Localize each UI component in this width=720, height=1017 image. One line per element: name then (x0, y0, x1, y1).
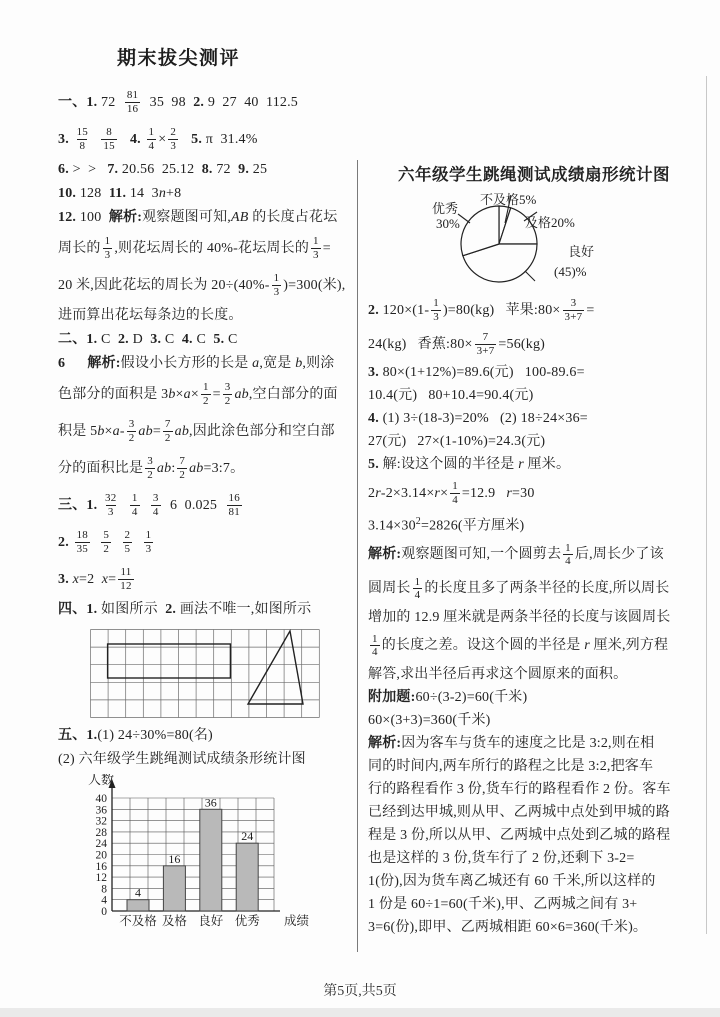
pie-label-fail: 不及格5% (480, 189, 536, 208)
text-line: 10. 128 11. 14 3n+8 (58, 182, 362, 206)
fraction: 13 (144, 529, 154, 555)
y-tick-label: 0 (101, 906, 107, 918)
bar-优秀 (236, 843, 258, 911)
x-axis-title: 成绩 (284, 913, 310, 928)
text-line: 4. (1) 3÷(18-3)=20% (2) 18÷24×36= (368, 407, 700, 430)
text-line: 2r-2×3.14×r×14=12.9 r=30 (368, 476, 700, 510)
fraction: 14 (370, 633, 380, 659)
text-line: 2. 120×(1-13)=80(kg) 苹果:80×33+7= (368, 293, 700, 327)
fraction: 158 (75, 126, 90, 152)
text-line: 3=6(份),即甲、乙两城相距 60×6=360(千米)。 (368, 916, 700, 939)
y-tick-label: 40 (96, 793, 108, 805)
page-title: 期末拔尖测评 (117, 43, 240, 70)
fraction: 8116 (125, 89, 140, 115)
text-line: 解析:因为客车与货车的速度之比是 3:2,则在相 (368, 732, 700, 755)
fraction: 1681 (227, 492, 242, 518)
scan-bottom-edge (0, 1008, 720, 1017)
text-line: 五、1.(1) 24÷30%=80(名) (58, 724, 362, 748)
text-line: 60×(3+3)=360(千米) (368, 709, 700, 732)
text-line: 24(kg) 香蕉:80×73+7=56(kg) (368, 327, 700, 361)
text-line: 分的面积比是32ab:72ab=3:7。 (58, 450, 362, 487)
text-line: 解析:观察题图可知,一个圆剪去14后,周长少了该 (368, 538, 700, 572)
fraction: 323 (103, 492, 118, 518)
text-line: 圆周长14的长度且多了两条半径的长度,所以周长 (368, 572, 700, 606)
fraction: 33+7 (563, 297, 585, 323)
bar-不及格 (127, 900, 149, 911)
text-line: (2) 六年级学生跳绳测试成绩条形统计图 (58, 748, 362, 772)
text-line: 12. 100 解析:观察题图可知,AB 的长度占花坛 (58, 206, 362, 230)
text-line: 增加的 12.9 厘米就是两条半径的长度与该圆周长 (368, 606, 700, 629)
y-tick-label: 36 (96, 804, 108, 816)
fraction: 815 (101, 126, 116, 152)
text-line: 周长的13,则花坛周长的 40%-花坛周长的13= (58, 230, 362, 267)
bar-value-label: 36 (205, 795, 217, 809)
text-line: 解答,求出半径后再求这个圆原来的面积。 (368, 663, 700, 686)
fraction: 73+7 (475, 331, 497, 357)
fraction: 72 (163, 418, 173, 444)
pie-label-pass: 及格20% (525, 212, 575, 231)
bar-chart-svg: 04812162024283236404不及格16及格36良好24优秀人数成绩 (72, 774, 372, 932)
bar-value-label: 4 (135, 886, 141, 900)
fraction: 13 (311, 235, 321, 261)
bar-value-label: 24 (241, 829, 253, 843)
answer-triangle (248, 631, 303, 704)
fraction: 32 (223, 381, 233, 407)
fraction: 13 (103, 235, 113, 261)
left-answer-lines-2: 五、1.(1) 24÷30%=80(名)(2) 六年级学生跳绳测试成绩条形统计图 (58, 724, 362, 772)
fraction: 13 (272, 272, 282, 298)
fraction: 34 (151, 492, 161, 518)
left-answer-lines: 一、1. 72 8116 35 98 2. 9 27 40 112.53. 15… (58, 84, 362, 622)
bar-及格 (163, 866, 185, 911)
y-tick-label: 12 (96, 872, 108, 884)
right-column: 六年级学生跳绳测试成绩扇形统计图 不及格5% 及格20% 良好 (45)% 优秀… (368, 165, 700, 939)
text-line: 27(元) 27×(1-10%)=24.3(元) (368, 430, 700, 453)
text-line: 6 解析:假设小长方形的长是 a,宽是 b,则涂 (58, 352, 362, 376)
text-line: 1 份是 60÷1=60(千米),甲、乙两城之间有 3+ (368, 893, 700, 916)
text-line: 程是 3 份,所以从甲、乙两城中点处到乙城的路程 (368, 824, 700, 847)
text-line: 四、1. 如图所示 2. 画法不唯一,如图所示 (58, 598, 362, 622)
text-line: 1(份),因为货车离乙城还有 60 千米,所以这样的 (368, 870, 700, 893)
text-line: 二、1. C 2. D 3. C 4. C 5. C (58, 328, 362, 352)
text-line: 同的时间内,两车所行的路程之比是 3:2,把客车 (368, 755, 700, 778)
fraction: 1835 (75, 529, 90, 555)
right-answer-lines: 2. 120×(1-13)=80(kg) 苹果:80×33+7=24(kg) 香… (368, 293, 700, 939)
text-line: 14的长度之差。设这个圆的半径是 r 厘米,列方程 (368, 629, 700, 663)
text-line: 3. 80×(1+12%)=89.6(元) 100-89.6= (368, 361, 700, 384)
text-line: 3. 158 815 4. 14×23 5. π 31.4% (58, 121, 362, 158)
y-tick-label: 16 (96, 861, 108, 873)
workbook-answer-page: 期末拔尖测评 一、1. 72 8116 35 98 2. 9 27 40 112… (0, 0, 720, 1017)
x-category-label: 及格 (162, 913, 188, 928)
fraction: 72 (177, 455, 187, 481)
text-line: 行的路程看作 3 份,货车行的路程看作 2 份。客车 (368, 778, 700, 801)
left-column: 一、1. 72 8116 35 98 2. 9 27 40 112.53. 15… (58, 84, 362, 937)
pie-chart-figure: 不及格5% 及格20% 良好 (45)% 优秀 30% (368, 187, 700, 293)
text-line: 三、1. 323 14 34 6 0.025 1681 (58, 487, 362, 524)
bar-良好 (200, 809, 222, 911)
x-category-label: 良好 (198, 913, 224, 928)
y-tick-label: 4 (101, 895, 107, 907)
text-line: 2. 1835 52 25 13 (58, 524, 362, 561)
fraction: 14 (147, 126, 157, 152)
fraction: 14 (450, 480, 460, 506)
y-tick-label: 28 (96, 827, 108, 839)
pie-label-excellent: 优秀 (432, 198, 458, 217)
bar-value-label: 16 (168, 852, 180, 866)
bar-chart-figure: 04812162024283236404不及格16及格36良好24优秀人数成绩 (72, 774, 362, 937)
y-tick-label: 32 (96, 816, 108, 828)
text-line: 附加题:60÷(3-2)=60(千米) (368, 686, 700, 709)
scan-right-edge-line (706, 76, 707, 934)
text-line: 已经到达甲城,则从甲、乙两城中点处到甲城的路 (368, 801, 700, 824)
text-line: 积是 5b×a-32ab=72ab,因此涂色部分和空白部 (58, 413, 362, 450)
fraction: 1112 (118, 566, 133, 592)
fraction: 14 (130, 492, 140, 518)
text-line: 5. 解:设这个圆的半径是 r 厘米。 (368, 453, 700, 476)
fraction: 32 (127, 418, 137, 444)
pie-leader-line (525, 271, 535, 281)
grid-drawing-figure (90, 629, 320, 720)
text-line: 20 米,因此花坛的周长为 20÷(40%-13)=300(米), (58, 267, 362, 304)
pie-label-excellent-percent: 30% (436, 216, 460, 232)
text-line: 色部分的面积是 3b×a×12=32ab,空白部分的面 (58, 376, 362, 413)
y-tick-label: 24 (96, 838, 108, 850)
text-line: 6. > > 7. 20.56 25.12 8. 72 9. 25 (58, 158, 362, 182)
x-category-label: 优秀 (235, 913, 261, 928)
fraction: 14 (563, 542, 573, 568)
fraction: 25 (123, 529, 133, 555)
text-line: 10.4(元) 80+10.4=90.4(元) (368, 384, 700, 407)
fraction: 52 (101, 529, 111, 555)
page-footer: 第5页,共5页 (0, 980, 720, 1000)
pie-chart-title: 六年级学生跳绳测试成绩扇形统计图 (368, 165, 700, 185)
y-axis-title: 人数 (88, 774, 114, 787)
y-tick-label: 20 (96, 850, 108, 862)
fraction: 14 (413, 576, 423, 602)
fraction: 13 (431, 297, 441, 323)
text-line: 也是这样的 3 份,货车行了 2 份,还剩下 3-2= (368, 847, 700, 870)
pie-label-good: 良好 (568, 241, 594, 260)
pie-label-good-percent: (45)% (554, 264, 587, 280)
text-line: 3.14×302=2826(平方厘米) (368, 510, 700, 538)
fraction: 12 (201, 381, 211, 407)
fraction: 32 (145, 455, 155, 481)
text-line: 3. x=2 x=1112 (58, 561, 362, 598)
x-category-label: 不及格 (119, 913, 157, 928)
y-tick-label: 8 (101, 883, 107, 895)
fraction: 23 (168, 126, 178, 152)
text-line: 进而算出花坛每条边的长度。 (58, 304, 362, 328)
text-line: 一、1. 72 8116 35 98 2. 9 27 40 112.5 (58, 84, 362, 121)
